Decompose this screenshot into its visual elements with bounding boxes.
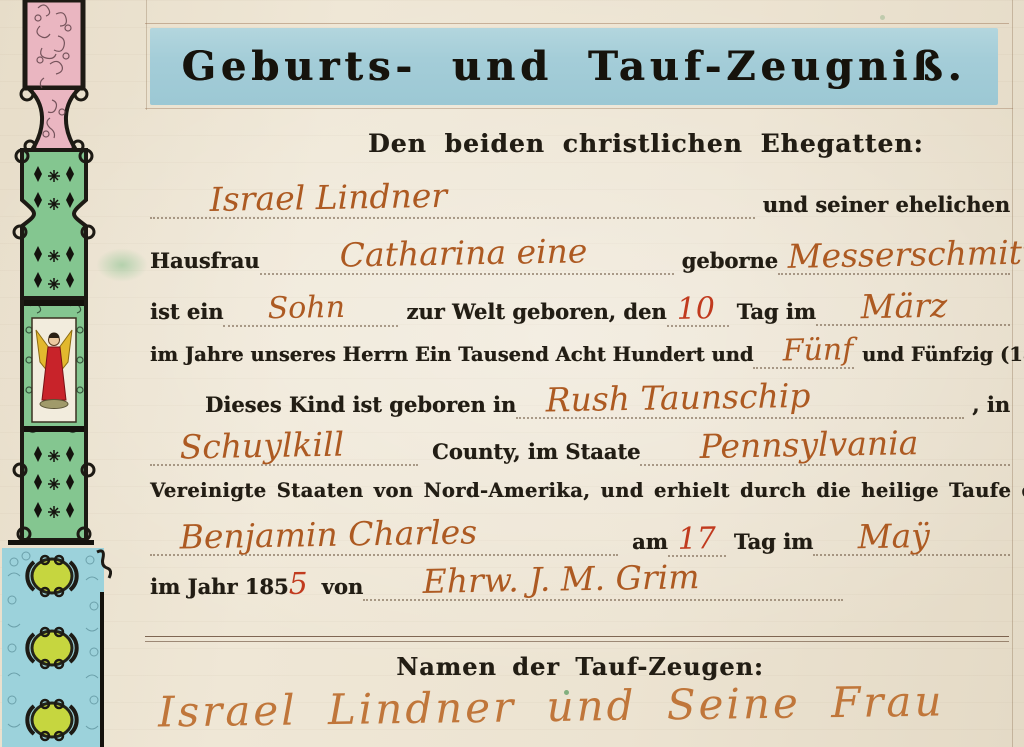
baptism-year-digit-handwriting: 5 <box>288 570 308 600</box>
baptism-name-handwriting: Benjamin Charles <box>149 515 477 554</box>
top-rule <box>145 23 1009 24</box>
medallion-chain <box>27 556 76 740</box>
husband-row: Israel Lindner und seiner ehelichen <box>150 184 1010 230</box>
am-label: am <box>632 529 668 554</box>
border-blue-segment <box>2 548 111 747</box>
certificate-title: Geburts- und Tauf-Zeugniß. <box>182 43 967 90</box>
zur-welt-label: zur Welt geboren, den <box>406 299 666 324</box>
year-line-printed: im Jahre unseres Herrn Ein Tausend Acht … <box>150 343 753 366</box>
child-sex-handwriting: Sohn <box>223 293 346 325</box>
tag-im-label: Tag im <box>737 299 816 324</box>
husband-name-blank: Israel Lindner <box>150 184 755 219</box>
county-label: County, im Staate <box>432 439 640 464</box>
year-units-handwriting: Fünf <box>753 335 854 367</box>
birth-row: ist ein Sohn zur Welt geboren, den 10 Ta… <box>150 291 1010 337</box>
border-green-segment <box>8 150 94 545</box>
title-banner: Geburts- und Tauf-Zeugniß. <box>150 28 998 105</box>
birth-place-blank: Rush Taunschip <box>516 384 964 419</box>
baptism-day-handwriting: 17 <box>667 524 716 555</box>
under-banner-rule <box>145 108 1013 109</box>
wife-name-handwriting: Catharina eine <box>259 234 587 273</box>
pastor-name-blank: Ehrw. J. M. Grim <box>363 566 843 601</box>
year-suffix-label: und Fünfzig (185 <box>862 343 1024 366</box>
ist-ein-label: ist ein <box>150 299 223 324</box>
geborne-label: geborne <box>682 248 778 273</box>
hausfrau-label: Hausfrau <box>150 248 260 273</box>
im-jahr-label: im Jahr 185 <box>150 574 289 599</box>
page-edge-line-left <box>146 0 147 110</box>
pastor-name-handwriting: Ehrw. J. M. Grim <box>363 560 700 599</box>
page-edge-line <box>1012 0 1013 747</box>
tag-im-label-2: Tag im <box>734 529 813 554</box>
county-handwriting: Schuylkill <box>149 428 344 464</box>
intro-heading: Den beiden christlichen Ehegatten: <box>368 129 924 158</box>
section-divider <box>145 636 1009 642</box>
born-in-label: Dieses Kind ist geboren in <box>150 392 516 417</box>
year-units-blank: Fünf <box>753 337 854 369</box>
birth-place-handwriting: Rush Taunschip <box>516 379 811 417</box>
usa-line: Vereinigte Staaten von Nord-Amerika, und… <box>150 479 1024 502</box>
von-label: von <box>322 574 363 599</box>
state-handwriting: Pennsylvania <box>640 426 919 464</box>
child-sex-blank: Sohn <box>223 295 398 327</box>
wife-row: Hausfrau Catharina eine geborne Messersc… <box>150 240 1010 286</box>
maiden-name-handwriting: Messerschmitt <box>777 236 1024 273</box>
ornamental-left-border <box>0 0 112 747</box>
year-row: im Jahre unseres Herrn Ein Tausend Acht … <box>150 337 1010 383</box>
birth-month-handwriting: März <box>815 289 947 324</box>
border-pink-segment <box>21 0 87 151</box>
county-row: Schuylkill County, im Staate Pennsylvani… <box>150 431 1010 477</box>
angel-panel <box>24 300 84 432</box>
state-blank: Pennsylvania <box>640 431 1010 466</box>
baptism-name-blank: Benjamin Charles <box>150 521 618 556</box>
county-blank: Schuylkill <box>150 431 418 466</box>
birth-day-handwriting: 10 <box>666 294 715 325</box>
husband-name-handwriting: Israel Lindner <box>149 179 447 217</box>
pastor-row: im Jahr 185 5 von Ehrw. J. M. Grim <box>150 566 1010 612</box>
witnesses-handwriting: Israel Lindner und Seine Frau <box>158 677 945 737</box>
comma-in-label: , in <box>972 392 1010 417</box>
birth-day-blank: 10 <box>667 295 729 327</box>
birth-month-blank: März <box>816 291 1010 326</box>
baptism-day-blank: 17 <box>668 525 726 557</box>
after-husband-label: und seiner ehelichen <box>763 192 1010 217</box>
ink-stain <box>96 248 148 282</box>
baptism-month-handwriting: Maÿ <box>813 519 931 554</box>
maiden-name-blank: Messerschmitt <box>778 240 1010 275</box>
ink-speck <box>880 15 885 20</box>
ornamental-border-art <box>0 0 112 747</box>
birth-baptism-certificate: Geburts- und Tauf-Zeugniß. Den beiden ch… <box>0 0 1024 747</box>
wife-name-blank: Catharina eine <box>260 240 674 275</box>
baptism-month-blank: Maÿ <box>813 521 1010 556</box>
